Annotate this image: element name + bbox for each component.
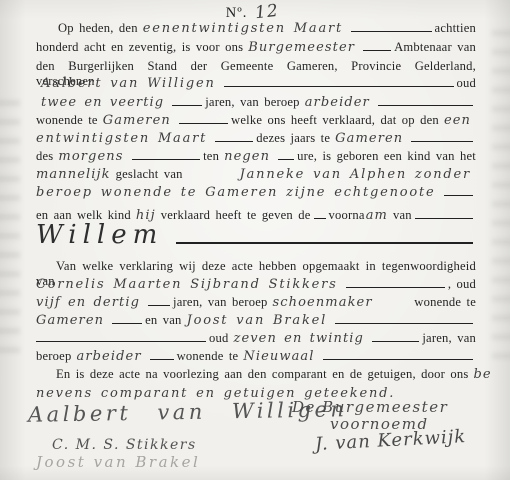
fill-line — [346, 287, 445, 288]
act-line-1: Op heden, den eenentwintigsten Maart ach… — [36, 21, 476, 36]
witness-line-5: oud zeven en twintig jaren, van — [36, 331, 476, 346]
act-line-8: des morgens ten negen ure, is geboren ee… — [36, 149, 476, 164]
fill-line — [215, 141, 253, 142]
fill-line — [415, 218, 473, 219]
signature-official-title: De Burgemeester — [292, 398, 448, 416]
fill-line — [172, 105, 202, 106]
fill-line — [224, 86, 454, 87]
printed-text: ure, is geboren een kind van het — [297, 149, 476, 164]
printed-text: honderd acht en zeventig, is voor ons — [36, 40, 243, 55]
fill-line — [132, 159, 201, 160]
printed-text: jaren, van — [422, 331, 476, 346]
fill-line — [179, 123, 228, 124]
printed-text: achttien — [435, 21, 476, 36]
witness-line-2: Cornelis Maarten Sijbrand Stikkers , oud — [36, 277, 476, 292]
printed-text: En is deze acte na voorlezing aan den co… — [56, 367, 468, 382]
signature-witness2: Joost van Brakel — [36, 453, 200, 471]
act-line-9: mannelijk geslacht van Janneke van Alphe… — [36, 167, 476, 182]
printed-text: en van — [145, 313, 181, 328]
fill-line — [444, 195, 473, 196]
handwritten-residence: Gameren — [103, 113, 171, 128]
handwritten-place: Gameren — [335, 131, 403, 146]
act-number-line: Nº. 12 — [0, 2, 510, 22]
handwritten-gender: mannelijk — [36, 167, 111, 182]
handwritten-child-name: Willem — [36, 220, 163, 250]
printed-text: jaren, van beroep — [173, 295, 267, 310]
fill-line — [351, 31, 431, 32]
signature-witness1: C. M. S. Stikkers — [52, 437, 197, 453]
fill-line — [323, 359, 473, 360]
act-line-childname: Willem — [36, 220, 476, 250]
witness-line-4: Gameren en van Joost van Brakel — [36, 313, 476, 328]
handwritten-continuation: be — [473, 367, 491, 382]
handwritten-witness2-occupation: arbeider — [76, 349, 141, 364]
act-line-7: entwintigsten Maart dezes jaars te Gamer… — [36, 131, 476, 146]
birth-certificate-scan: Nº. 12 Op heden, den eenentwintigsten Ma… — [0, 0, 510, 480]
handwritten-declarant-name: Aalbert van Willigen — [41, 76, 216, 91]
closing-line-1: En is deze acte na voorlezing aan den co… — [36, 367, 476, 382]
printed-text: wonende te — [177, 349, 239, 364]
act-number-value: 12 — [254, 1, 280, 23]
handwritten-mother-name: Janneke van Alphen zonder — [240, 167, 471, 182]
fill-line — [363, 50, 391, 51]
fill-line — [176, 242, 473, 244]
fill-line — [335, 323, 473, 324]
witness-line-6: beroep arbeider wonende te Nieuwaal — [36, 349, 476, 364]
printed-text: Op heden, den — [58, 21, 138, 36]
printed-text: geslacht van — [116, 167, 183, 182]
printed-text: oud — [457, 76, 477, 91]
witness-line-3: vijf en dertig jaren, van beroep schoenm… — [36, 295, 476, 310]
printed-text: welke ons heeft verklaard, dat op den — [231, 113, 439, 128]
printed-text: jaren, van beroep — [205, 95, 299, 110]
handwritten-hour: negen — [224, 149, 270, 164]
handwritten-witness1-name: Cornelis Maarten Sijbrand Stikkers — [36, 277, 338, 292]
scan-bleedthrough-left — [0, 100, 20, 360]
printed-text: wonende te — [414, 295, 476, 310]
handwritten-witness1-age: vijf en dertig — [36, 295, 140, 310]
handwritten-date-start: een — [444, 113, 471, 128]
act-line-4: Aalbert van Willigen oud — [36, 76, 476, 91]
printed-text: oud — [209, 331, 229, 346]
handwritten-date-continued: entwintigsten Maart — [36, 131, 207, 146]
printed-text: Ambtenaar van — [394, 40, 476, 55]
fill-line — [372, 341, 419, 342]
handwritten-date: eenentwintigsten Maart — [143, 21, 343, 36]
fill-line — [150, 359, 174, 360]
fill-line — [36, 341, 206, 342]
fill-line — [148, 305, 170, 306]
handwritten-witness2-name: Joost van Brakel — [187, 313, 328, 328]
handwritten-occupation: arbeider — [305, 95, 370, 110]
printed-text: dezes jaars te — [256, 131, 330, 146]
handwritten-daypart: morgens — [58, 149, 123, 164]
handwritten-witness2-residence: Nieuwaal — [243, 349, 314, 364]
act-line-5: twee en veertig jaren, van beroep arbeid… — [36, 95, 476, 110]
handwritten-age: twee en veertig — [41, 95, 164, 110]
fill-line — [112, 323, 142, 324]
act-line-2: honderd acht en zeventig, is voor ons Bu… — [36, 40, 476, 55]
printed-text: ten — [203, 149, 219, 164]
act-number-label: Nº. — [226, 5, 248, 22]
handwritten-witness2-age: zeven en twintig — [234, 331, 364, 346]
printed-text: , oud — [448, 277, 476, 292]
scan-bleedthrough-right — [492, 30, 510, 360]
fill-line — [378, 105, 473, 106]
act-line-6: wonende te Gameren welke ons heeft verkl… — [36, 113, 476, 128]
printed-text: wonende te — [36, 113, 98, 128]
fill-line — [411, 141, 473, 142]
fill-line — [314, 218, 326, 219]
handwritten-mother-details: beroep wonende te Gameren zijne echtgeno… — [36, 185, 436, 200]
printed-text: beroep — [36, 349, 71, 364]
act-line-10: beroep wonende te Gameren zijne echtgeno… — [36, 185, 476, 200]
handwritten-official-title: Burgemeester — [248, 40, 355, 55]
fill-line — [278, 159, 294, 160]
printed-text: des — [36, 149, 53, 164]
handwritten-witness1-occupation: schoenmaker — [272, 295, 372, 310]
handwritten-witness1-residence: Gameren — [36, 313, 104, 328]
